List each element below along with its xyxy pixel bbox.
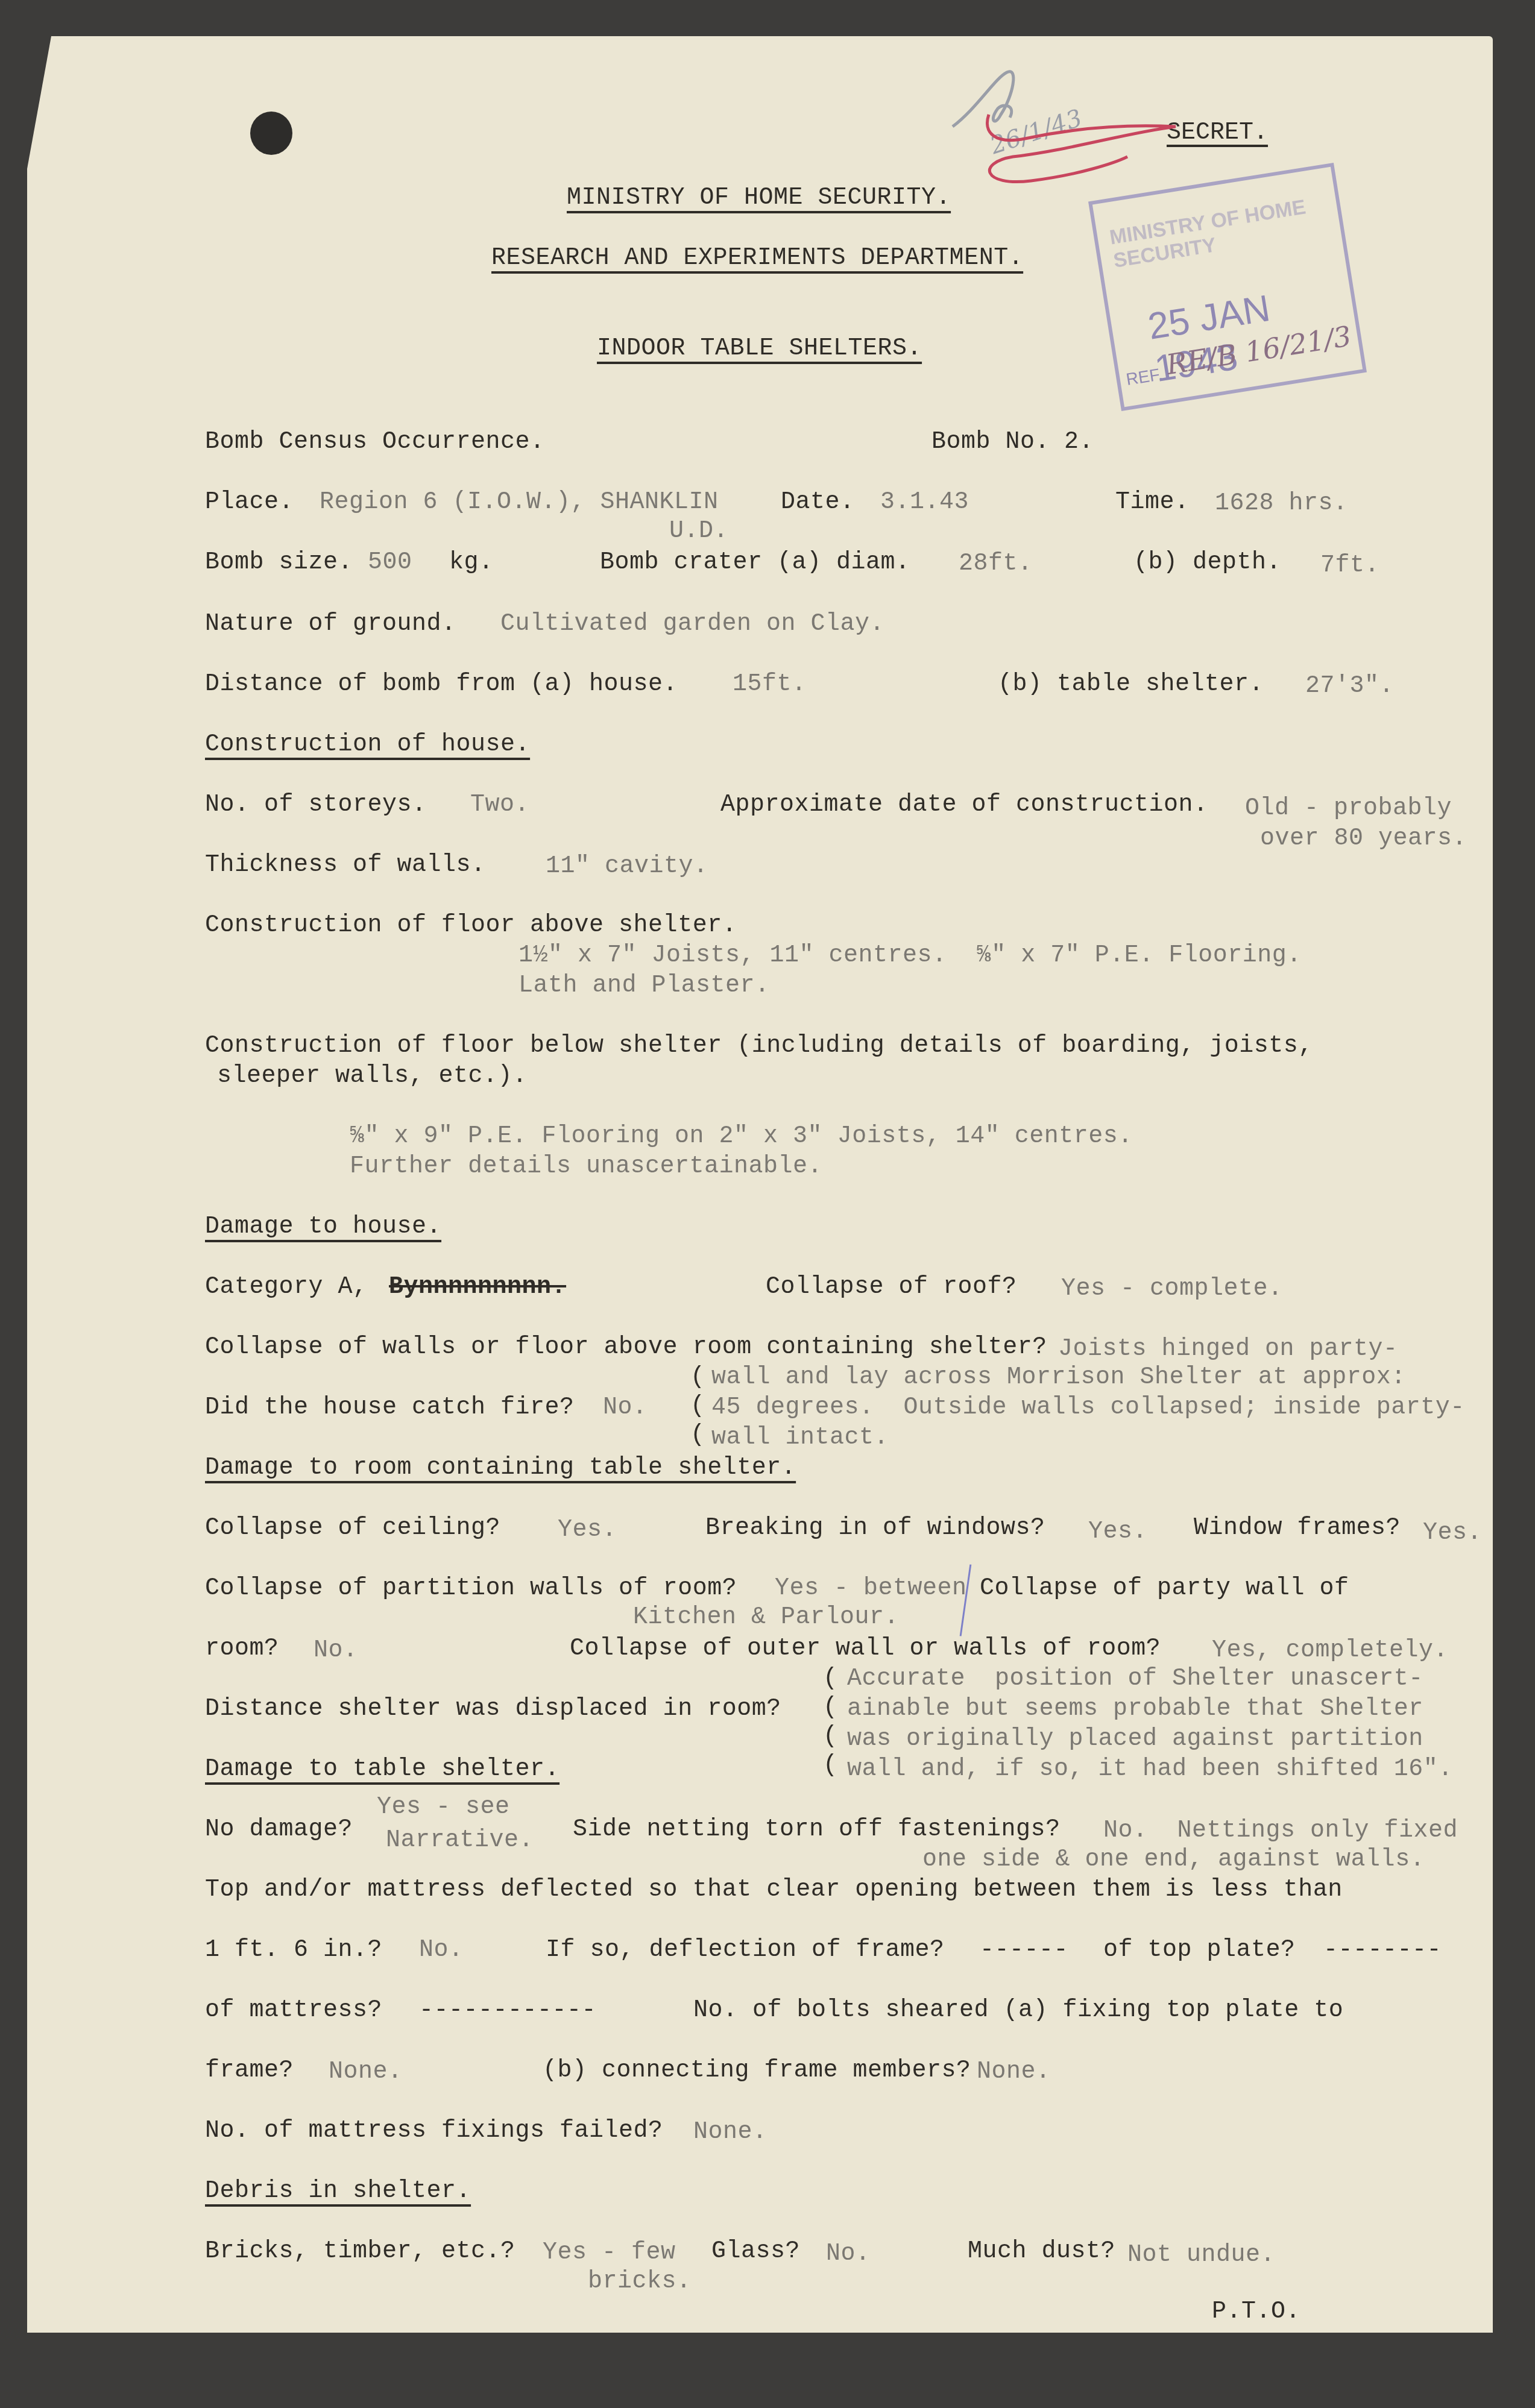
dust-value: Not undue.	[1127, 2241, 1275, 2270]
floor-above-line1: 1½" x 7" Joists, 11" centres. ⅝" x 7" P.…	[518, 942, 1302, 970]
category-struck-text: Bynnnnnnnnn.	[389, 1273, 566, 1302]
floor-below-line1: ⅝" x 9" P.E. Flooring on 2" x 3" Joists,…	[350, 1122, 1133, 1151]
walls-floor-line1: Joists hinged on party-	[1058, 1335, 1398, 1364]
time-label: Time.	[1115, 488, 1190, 517]
fire-label: Did the house catch fire?	[205, 1394, 575, 1422]
bolts-a-label: No. of bolts sheared (a) fixing top plat…	[693, 1996, 1343, 2025]
place-value: Region 6 (I.O.W.), SHANKLIN	[320, 488, 719, 517]
no-damage-label: No damage?	[205, 1815, 353, 1844]
construction-date-label: Approximate date of construction.	[720, 791, 1208, 820]
partition-line2: Kitchen & Parlour.	[633, 1603, 899, 1632]
census-label: Bomb Census Occurrence.	[205, 428, 545, 457]
date-label: Date.	[781, 488, 855, 517]
deflect-label-2: 1 ft. 6 in.?	[205, 1936, 382, 1965]
netting-line1: No. Nettings only fixed	[1103, 1817, 1458, 1846]
top-plate-blank: --------	[1323, 1936, 1442, 1965]
glass-value: No.	[826, 2240, 871, 2269]
bricks-line1: Yes - few	[543, 2239, 676, 2268]
deflect-value: No.	[419, 1936, 464, 1965]
dist-house-label: Distance of bomb from (a) house.	[205, 670, 678, 699]
floor-above-label: Construction of floor above shelter.	[205, 911, 737, 940]
storeys-value: Two.	[470, 791, 529, 820]
date-value: 3.1.43	[880, 488, 969, 517]
windows-label: Breaking in of windows?	[705, 1514, 1045, 1543]
ministry-heading: MINISTRY OF HOME SECURITY.	[567, 184, 951, 213]
walls-floor-label: Collapse of walls or floor above room co…	[205, 1333, 1047, 1362]
brace-displaced: ( ( ( (	[823, 1665, 837, 1781]
stamp-header: MINISTRY OF HOME SECURITY	[1108, 190, 1342, 272]
party-wall-label-2: room?	[205, 1635, 279, 1664]
displaced-line1: Accurate position of Shelter unascert-	[847, 1665, 1423, 1694]
frame-deflection-label: If so, deflection of frame?	[546, 1936, 945, 1965]
floor-below-label: Construction of floor below shelter (inc…	[205, 1032, 1313, 1061]
mattress-fixings-label: No. of mattress fixings failed?	[205, 2117, 663, 2146]
registry-stamp: MINISTRY OF HOME SECURITY 25 JAN 1943 RE…	[1088, 163, 1367, 411]
mattress-fixings-value: None.	[693, 2118, 767, 2147]
windows-value: Yes.	[1088, 1518, 1147, 1547]
time-value: 1628 hrs.	[1215, 489, 1348, 518]
bomb-size-unit: kg.	[449, 549, 494, 577]
bolts-b-value: None.	[977, 2058, 1051, 2087]
construction-date-line2: over 80 years.	[1260, 825, 1467, 853]
brace-left: ( ( (	[690, 1363, 705, 1450]
department-heading: RESEARCH AND EXPERIMENTS DEPARTMENT.	[491, 244, 1023, 273]
roof-label: Collapse of roof?	[766, 1273, 1017, 1302]
dust-label: Much dust?	[968, 2237, 1115, 2266]
bolts-a-label-2: frame?	[205, 2057, 294, 2086]
walls-floor-line3: 45 degrees. Outside walls collapsed; ins…	[711, 1394, 1465, 1422]
ceiling-label: Collapse of ceiling?	[205, 1514, 500, 1543]
outer-wall-value: Yes, completely.	[1212, 1636, 1448, 1665]
ground-value: Cultivated garden on Clay.	[500, 610, 884, 639]
ground-label: Nature of ground.	[205, 610, 456, 639]
ceiling-value: Yes.	[558, 1516, 617, 1545]
bricks-line2: bricks.	[588, 2268, 692, 2296]
netting-line2: one side & one end, against walls.	[922, 1846, 1425, 1875]
storeys-label: No. of storeys.	[205, 791, 427, 820]
document-title: INDOOR TABLE SHELTERS.	[597, 335, 922, 363]
walls-floor-line2: wall and lay across Morrison Shelter at …	[711, 1363, 1406, 1392]
crater-diam-value: 28ft.	[959, 550, 1033, 579]
displaced-line4: wall and, if so, it had been shifted 16"…	[847, 1755, 1453, 1784]
displaced-line2: ainable but seems probable that Shelter	[847, 1695, 1423, 1724]
mattress-blank: ------------	[419, 1996, 596, 2025]
no-damage-line2: Narrative.	[386, 1826, 534, 1855]
dist-shelter-value: 27'3".	[1305, 672, 1394, 701]
walls-floor-line4: wall intact.	[711, 1424, 889, 1453]
no-damage-line1: Yes - see	[377, 1793, 510, 1822]
dist-shelter-label: (b) table shelter.	[998, 670, 1264, 699]
walls-value: 11" cavity.	[546, 852, 708, 881]
outer-wall-label: Collapse of outer wall or walls of room?	[570, 1635, 1161, 1664]
glass-label: Glass?	[711, 2237, 800, 2266]
crater-diam-label: Bomb crater (a) diam.	[600, 549, 910, 577]
netting-label: Side netting torn off fastenings?	[573, 1815, 1061, 1844]
partition-line1: Yes - between	[775, 1574, 967, 1603]
category-label: Category A,	[205, 1273, 368, 1302]
crater-depth-value: 7ft.	[1320, 552, 1379, 580]
classification-mark: SECRET.	[1167, 119, 1268, 146]
walls-label: Thickness of walls.	[205, 851, 486, 880]
damage-room-heading: Damage to room containing table shelter.	[205, 1454, 796, 1483]
bricks-label: Bricks, timber, etc.?	[205, 2237, 515, 2266]
deflect-label: Top and/or mattress deflected so that cl…	[205, 1876, 1343, 1905]
displaced-label: Distance shelter was displaced in room?	[205, 1695, 781, 1724]
bomb-no-label: Bomb No.	[931, 428, 1050, 457]
mattress-label: of mattress?	[205, 1996, 382, 2025]
frame-deflection-blank: ------	[980, 1936, 1068, 1965]
debris-heading: Debris in shelter.	[205, 2177, 471, 2206]
window-frames-label: Window frames?	[1194, 1514, 1401, 1543]
party-wall-value: No.	[314, 1636, 358, 1665]
dist-house-value: 15ft.	[733, 670, 807, 699]
fire-value: No.	[603, 1394, 648, 1422]
pto-note: P.T.O.	[1212, 2298, 1300, 2327]
top-plate-label: of top plate?	[1103, 1936, 1296, 1965]
crater-depth-label: (b) depth.	[1133, 549, 1281, 577]
damage-house-heading: Damage to house.	[205, 1213, 441, 1242]
damage-shelter-heading: Damage to table shelter.	[205, 1755, 559, 1784]
bomb-size-value: 500	[368, 549, 412, 577]
party-wall-label: Collapse of party wall of	[980, 1574, 1349, 1603]
floor-above-line2: Lath and Plaster.	[518, 972, 770, 1001]
construction-date-line1: Old - probably	[1245, 794, 1452, 823]
place-label: Place.	[205, 488, 294, 517]
bolts-b-label: (b) connecting frame members?	[543, 2057, 971, 2086]
window-frames-value: Yes.	[1423, 1519, 1482, 1548]
floor-below-line2: Further details unascertainable.	[350, 1152, 822, 1181]
displaced-line3: was originally placed against partition	[847, 1725, 1423, 1754]
red-strikeout-scribble	[977, 96, 1182, 193]
bomb-size-label: Bomb size.	[205, 549, 353, 577]
construction-heading: Construction of house.	[205, 731, 530, 759]
bomb-no-value: 2.	[1064, 428, 1094, 457]
floor-below-label-2: sleeper walls, etc.).	[217, 1062, 528, 1091]
partition-label: Collapse of partition walls of room?	[205, 1574, 737, 1603]
punch-hole	[250, 112, 292, 155]
place-value-line2: U.D.	[669, 517, 728, 546]
bolts-a-value: None.	[329, 2058, 403, 2087]
roof-value: Yes - complete.	[1061, 1275, 1283, 1304]
